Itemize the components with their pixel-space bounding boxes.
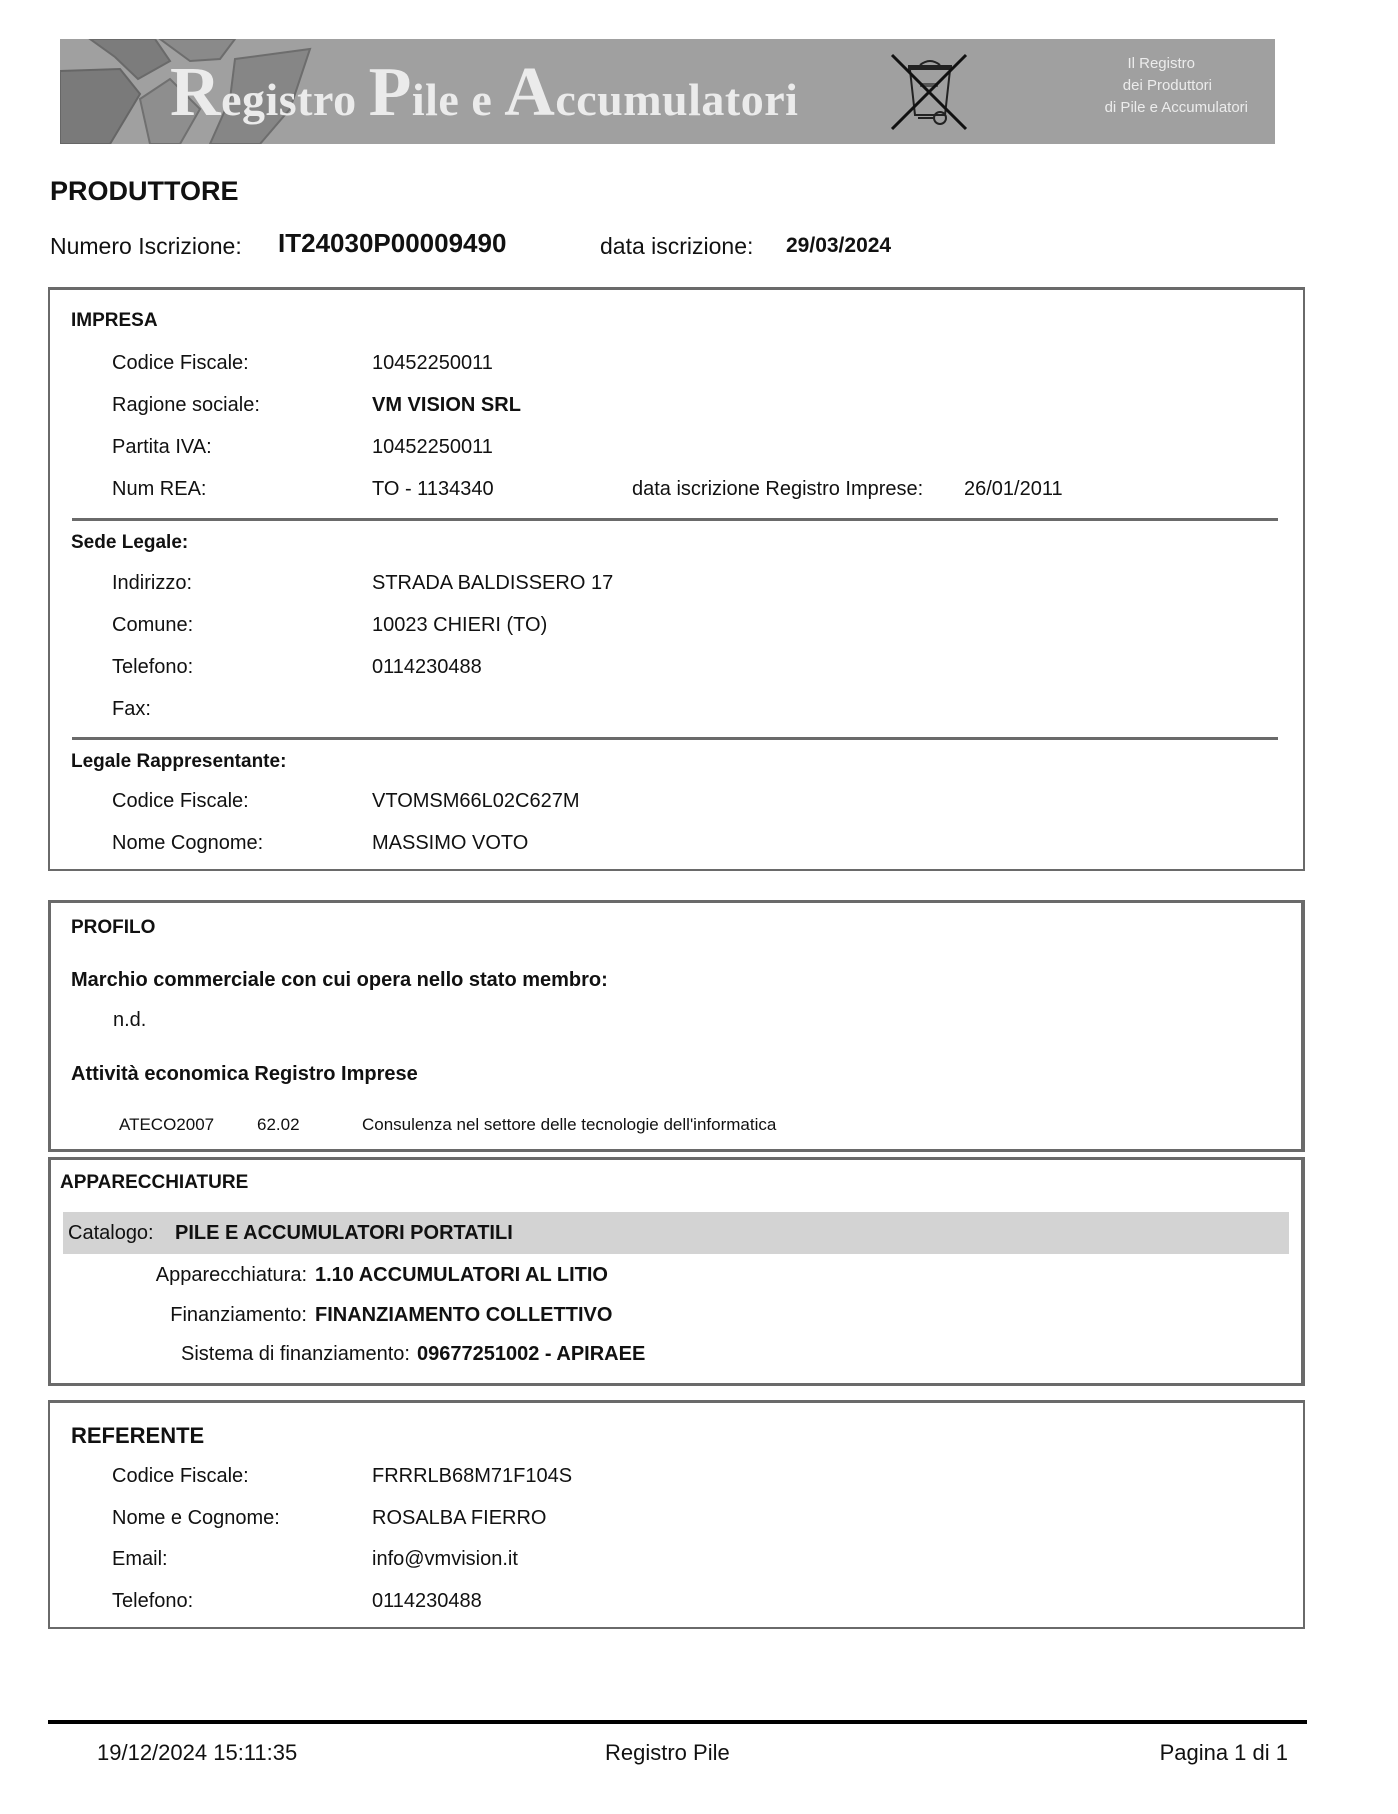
rea-date-label: data iscrizione Registro Imprese: <box>632 478 923 501</box>
tagline-line: Il Registro <box>1060 53 1260 75</box>
divider <box>72 518 1278 521</box>
profilo-section: PROFILO Marchio commerciale con cui oper… <box>48 900 1305 1152</box>
field-value: 10452250011 <box>372 436 493 459</box>
tagline-line: dei Produttori <box>1060 75 1260 97</box>
ateco-description: Consulenza nel settore delle tecnologie … <box>362 1115 776 1135</box>
field-label: Codice Fiscale: <box>112 1465 249 1488</box>
numero-iscrizione-label: Numero Iscrizione: <box>50 233 242 260</box>
section-title: REFERENTE <box>71 1423 204 1449</box>
catalogo-label: Catalogo: <box>68 1222 154 1245</box>
data-iscrizione-value: 29/03/2024 <box>786 234 891 258</box>
numero-iscrizione-value: IT24030P00009490 <box>278 228 506 259</box>
crossed-out-bin-icon <box>890 53 970 131</box>
field-value: STRADA BALDISSERO 17 <box>372 572 613 595</box>
marchio-value: n.d. <box>113 1009 146 1032</box>
section-title: IMPRESA <box>71 310 158 332</box>
field-label: Codice Fiscale: <box>112 790 249 813</box>
field-label: Telefono: <box>112 656 193 679</box>
referente-section: REFERENTE Codice Fiscale: FRRRLB68M71F10… <box>48 1400 1305 1629</box>
banner-title-initial: R <box>170 54 221 131</box>
field-label: Indirizzo: <box>112 572 192 595</box>
registry-banner: Registro Pile e Accumulatori Il Registro… <box>60 39 1275 144</box>
field-label: Sistema di finanziamento: <box>181 1343 410 1366</box>
impresa-section: IMPRESA Codice Fiscale: 10452250011 Ragi… <box>48 287 1305 871</box>
ateco-code-type: ATECO2007 <box>119 1115 214 1135</box>
field-label: Fax: <box>112 698 151 721</box>
catalogo-band: Catalogo: PILE E ACCUMULATORI PORTATILI <box>63 1212 1289 1254</box>
attivita-label: Attività economica Registro Imprese <box>71 1063 418 1086</box>
field-label: Nome Cognome: <box>112 832 263 855</box>
banner-title-word: egistro <box>221 74 369 125</box>
divider <box>72 737 1278 740</box>
field-value: VM VISION SRL <box>372 394 521 417</box>
section-title: PROFILO <box>71 917 155 939</box>
banner-title: Registro Pile e Accumulatori <box>170 53 798 133</box>
footer-page-number: Pagina 1 di 1 <box>1160 1740 1288 1766</box>
footer-center: Registro Pile <box>605 1740 730 1766</box>
banner-title-initial: A <box>504 54 555 131</box>
field-label: Apparecchiatura: <box>156 1264 307 1287</box>
ateco-code: 62.02 <box>257 1115 300 1135</box>
field-label: Nome e Cognome: <box>112 1507 280 1530</box>
field-value: 09677251002 - APIRAEE <box>417 1343 645 1366</box>
tagline-line: di Pile e Accumulatori <box>1060 97 1260 119</box>
field-value: 10023 CHIERI (TO) <box>372 614 547 637</box>
field-label: Codice Fiscale: <box>112 352 249 375</box>
field-label: Ragione sociale: <box>112 394 260 417</box>
banner-title-word: ile e <box>412 74 504 125</box>
field-value: 10452250011 <box>372 352 493 375</box>
field-label: Num REA: <box>112 478 206 501</box>
banner-title-word: ccumulatori <box>555 74 798 125</box>
field-label: Email: <box>112 1548 168 1571</box>
field-label: Comune: <box>112 614 193 637</box>
page-title: PRODUTTORE <box>50 176 239 207</box>
field-value: TO - 1134340 <box>372 478 494 501</box>
data-iscrizione-label: data iscrizione: <box>600 233 753 260</box>
banner-title-initial: P <box>369 54 412 131</box>
field-value: FRRRLB68M71F104S <box>372 1465 572 1488</box>
banner-tagline: Il Registro dei Produttori di Pile e Acc… <box>1060 53 1260 119</box>
catalogo-value: PILE E ACCUMULATORI PORTATILI <box>175 1222 513 1245</box>
field-value: 1.10 ACCUMULATORI AL LITIO <box>315 1264 608 1287</box>
field-value: VTOMSM66L02C627M <box>372 790 580 813</box>
field-value: 0114230488 <box>372 1590 482 1613</box>
subsection-title: Sede Legale: <box>71 532 188 554</box>
field-label: Telefono: <box>112 1590 193 1613</box>
section-title: APPARECCHIATURE <box>60 1172 248 1194</box>
subsection-title: Legale Rappresentante: <box>71 751 286 773</box>
field-value: ROSALBA FIERRO <box>372 1507 547 1530</box>
footer-divider <box>48 1720 1307 1724</box>
rea-date-value: 26/01/2011 <box>964 478 1063 501</box>
field-label: Partita IVA: <box>112 436 212 459</box>
field-value: FINANZIAMENTO COLLETTIVO <box>315 1304 612 1327</box>
field-label: Finanziamento: <box>170 1304 307 1327</box>
footer-timestamp: 19/12/2024 15:11:35 <box>97 1740 297 1766</box>
field-value: info@vmvision.it <box>372 1548 518 1571</box>
field-value: 0114230488 <box>372 656 482 679</box>
apparecchiature-section: APPARECCHIATURE Catalogo: PILE E ACCUMUL… <box>48 1157 1305 1386</box>
field-value: MASSIMO VOTO <box>372 832 528 855</box>
marchio-label: Marchio commerciale con cui opera nello … <box>71 969 608 992</box>
